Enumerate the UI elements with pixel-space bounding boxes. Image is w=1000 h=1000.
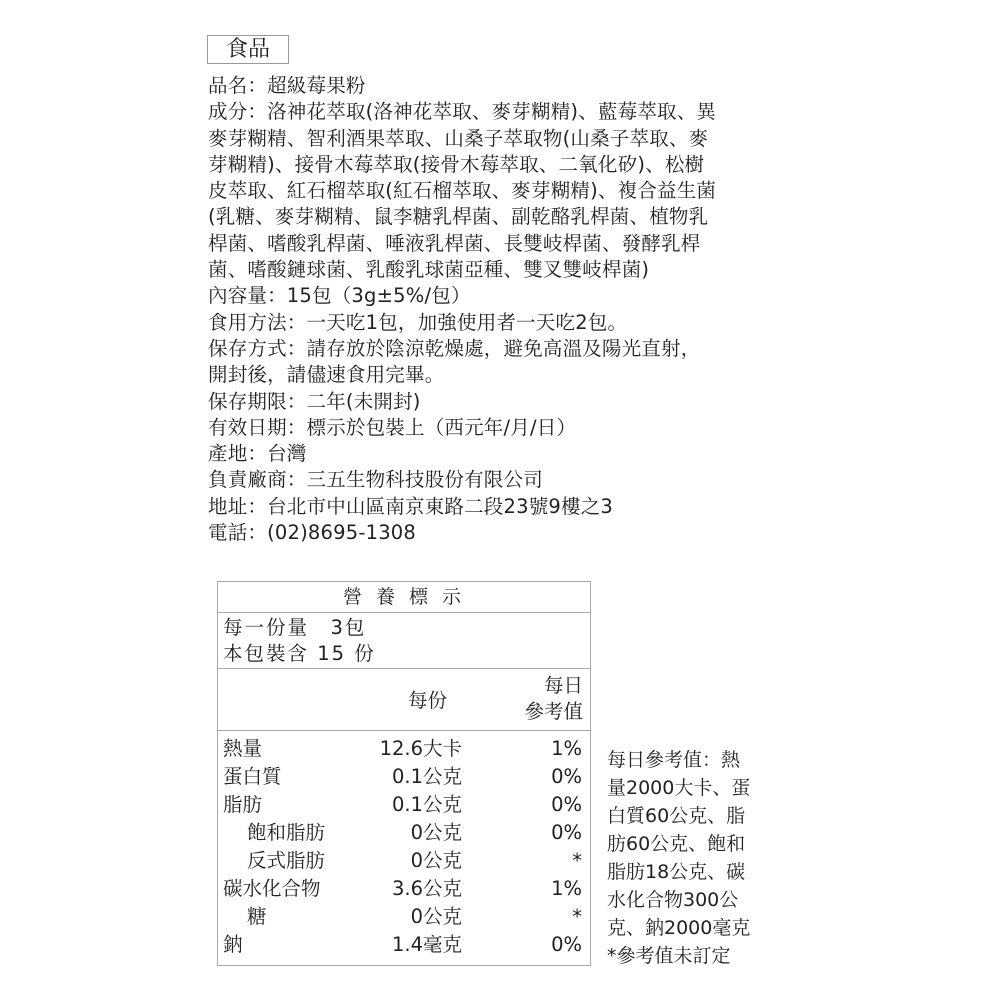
ingredients-line: 皮萃取、紅石榴萃取(紅石榴萃取、麥芽糊精)、複合益生菌 <box>208 178 798 204</box>
nutrition-table: 營養標示 每一份量 3包 本包裝含 15 份 每份 每日 參考值 熱量12.6大… <box>217 581 591 966</box>
nutrient-amount: 1.4毫克 <box>392 931 462 959</box>
nutrient-daily-value: 0% <box>551 763 582 791</box>
note-line: 量2000大卡、蛋 <box>607 774 782 802</box>
daily-value-header: 每日 參考值 <box>524 673 583 725</box>
daily-value-header-line1: 每日 <box>524 673 583 699</box>
nutrient-amount: 0.1公克 <box>392 763 462 791</box>
per-serving-header: 每份 <box>408 685 447 713</box>
nutrient-label: 碳水化合物 <box>223 875 321 903</box>
nutrient-row: 熱量12.6大卡1% <box>218 735 590 763</box>
nutrient-daily-value: 0% <box>551 931 582 959</box>
nutrient-label: 蛋白質 <box>223 763 282 791</box>
note-line: 克、鈉2000毫克 <box>607 914 782 942</box>
ingredients-line: 麥芽糊精、智利酒果萃取、山桑子萃取物(山桑子萃取、麥 <box>208 126 798 152</box>
note-line: 脂肪18公克、碳 <box>607 858 782 886</box>
storage-method: 開封後，請儘速食用完畢。 <box>208 362 798 388</box>
nutrient-row: 反式脂肪0公克* <box>218 847 590 875</box>
note-line: 水化合物300公 <box>607 886 782 914</box>
manufacturer: 負責廠商：三五生物科技股份有限公司 <box>208 467 798 493</box>
ingredients-line: 芽糊精)、接骨木莓萃取(接骨木莓萃取、二氧化矽)、松樹 <box>208 152 798 178</box>
nutrition-title: 營養標示 <box>218 582 590 613</box>
nutrient-amount: 0公克 <box>411 903 462 931</box>
nutrient-row: 糖0公克* <box>218 903 590 931</box>
nutrient-amount: 0.1公克 <box>392 791 462 819</box>
product-name: 品名：超級莓果粉 <box>208 73 798 99</box>
nutrient-daily-value: * <box>572 903 582 931</box>
expiry-date: 有效日期：標示於包裝上（西元年/月/日） <box>208 415 798 441</box>
phone: 電話：(02)8695-1308 <box>208 520 798 546</box>
daily-value-header-line2: 參考值 <box>524 699 583 725</box>
address: 地址：台北市中山區南京東路二段23號9樓之3 <box>208 494 798 520</box>
nutrient-daily-value: 0% <box>551 819 582 847</box>
ingredients-line: 成分：洛神花萃取(洛神花萃取、麥芽糊精)、藍莓萃取、異 <box>208 99 798 125</box>
daily-value-note: 每日參考值：熱 量2000大卡、蛋 白質60公克、脂 肪60公克、飽和 脂肪18… <box>607 746 782 970</box>
nutrient-daily-value: 1% <box>551 875 582 903</box>
nutrient-label: 飽和脂肪 <box>247 819 325 847</box>
serving-size: 每一份量 3包 <box>223 615 590 641</box>
nutrient-row: 鈉1.4毫克0% <box>218 931 590 959</box>
nutrient-row: 脂肪0.1公克0% <box>218 791 590 819</box>
nutrient-daily-value: * <box>572 847 582 875</box>
nutrient-row: 飽和脂肪0公克0% <box>218 819 590 847</box>
note-line: 白質60公克、脂 <box>607 802 782 830</box>
nutrient-label: 鈉 <box>223 931 243 959</box>
category-label: 食品 <box>207 35 289 64</box>
note-line: 肪60公克、飽和 <box>607 830 782 858</box>
nutrient-row: 蛋白質0.1公克0% <box>218 763 590 791</box>
storage-method: 保存方式：請存放於陰涼乾燥處，避免高溫及陽光直射， <box>208 336 798 362</box>
nutrient-label: 脂肪 <box>223 791 262 819</box>
product-info: 品名：超級莓果粉 成分：洛神花萃取(洛神花萃取、麥芽糊精)、藍莓萃取、異 麥芽糊… <box>208 73 798 546</box>
serving-info: 每一份量 3包 本包裝含 15 份 <box>218 613 590 669</box>
nutrient-row: 碳水化合物3.6公克1% <box>218 875 590 903</box>
nutrient-rows: 熱量12.6大卡1% 蛋白質0.1公克0% 脂肪0.1公克0% 飽和脂肪0公克0… <box>218 731 590 959</box>
ingredients-line: 菌、嗜酸鏈球菌、乳酸乳球菌亞種、雙叉雙岐桿菌) <box>208 257 798 283</box>
nutrient-daily-value: 1% <box>551 735 582 763</box>
nutrient-daily-value: 0% <box>551 791 582 819</box>
nutrient-amount: 0公克 <box>411 819 462 847</box>
ingredients-line: (乳糖、麥芽糊精、鼠李糖乳桿菌、副乾酪乳桿菌、植物乳 <box>208 204 798 230</box>
usage-directions: 食用方法：一天吃1包，加強使用者一天吃2包。 <box>208 310 798 336</box>
ingredients-line: 桿菌、嗜酸乳桿菌、唾液乳桿菌、長雙岐桿菌、發酵乳桿 <box>208 231 798 257</box>
column-header: 每份 每日 參考值 <box>218 669 590 731</box>
nutrient-amount: 12.6大卡 <box>380 735 462 763</box>
nutrient-label: 反式脂肪 <box>247 847 325 875</box>
net-content: 內容量：15包（3g±5%/包） <box>208 283 798 309</box>
origin: 產地：台灣 <box>208 441 798 467</box>
nutrient-label: 熱量 <box>223 735 262 763</box>
servings-per-package: 本包裝含 15 份 <box>223 641 590 667</box>
shelf-life: 保存期限：二年(未開封) <box>208 389 798 415</box>
note-line: 每日參考值：熱 <box>607 746 782 774</box>
nutrient-amount: 3.6公克 <box>392 875 462 903</box>
note-line: *參考值未訂定 <box>607 942 782 970</box>
nutrient-amount: 0公克 <box>411 847 462 875</box>
nutrient-label: 糖 <box>247 903 267 931</box>
